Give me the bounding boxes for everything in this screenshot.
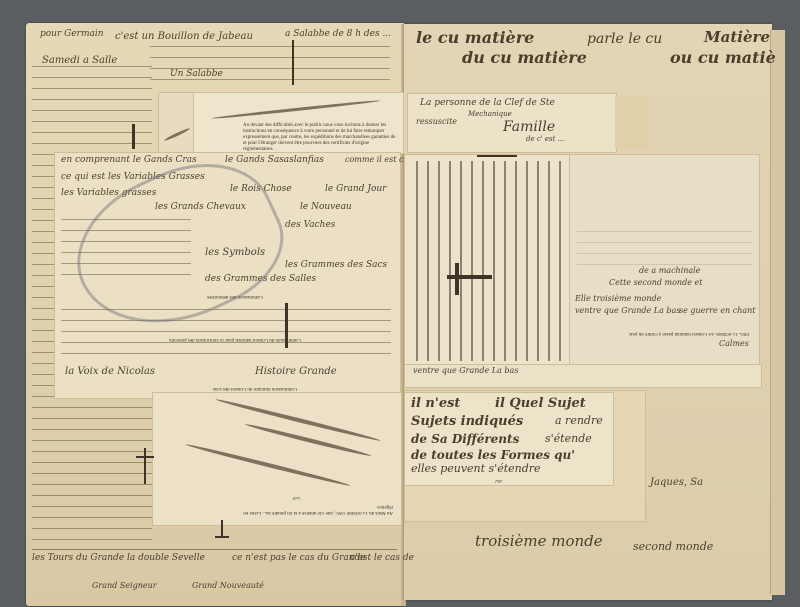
blank-clipping	[615, 97, 649, 149]
clip-line: se guerre en chant	[679, 307, 756, 315]
right-page-header: le cu matière parle le cu Matière du cu …	[412, 28, 767, 88]
clip-line: il n'est	[411, 397, 460, 410]
top-printed-clipping: Au devant des difficultés avec le public…	[190, 92, 404, 154]
annotation: Jaques, Sa	[650, 478, 703, 488]
calligraphy-line: des Vaches	[285, 221, 335, 230]
lower-flourish-clipping: 559 Au Mois du 15 octobre 1907, une 11e …	[152, 392, 402, 526]
clip-line: Elle troisième monde	[575, 295, 661, 303]
header-line: a Salabbe de 8 h des ...	[285, 30, 391, 39]
footer-word-second-monde: second monde	[633, 541, 713, 552]
cross-mark	[215, 536, 229, 538]
small-flourish-clipping	[158, 92, 194, 154]
strip-line: ventre que Grande La bas	[413, 367, 518, 375]
printed-caption: Au Mois du 15 octobre 1907, une 11e anne…	[243, 503, 393, 515]
printed-paragraph: Au devant des difficultés avec le public…	[243, 123, 398, 153]
page-number: 562	[495, 477, 503, 483]
clip-line: de c' est ...	[526, 136, 564, 143]
left-page-handwriting-top	[150, 40, 390, 85]
calligraphy-line: le Grand Jour	[325, 185, 386, 194]
header-line: du cu matière	[462, 50, 587, 66]
cross-mark	[455, 263, 459, 295]
vertical-bar-mark	[285, 303, 288, 348]
printed-heading: Commission militaire du Conseil des Lois	[145, 385, 365, 391]
header-line: parle le cu	[587, 32, 662, 46]
vertical-bar-mark	[292, 40, 294, 85]
bar-mark	[477, 155, 517, 157]
calligraphy-line: le Nouveau	[300, 203, 352, 212]
clip-line: il Quel Sujet	[495, 397, 586, 410]
flourish-stroke	[185, 442, 351, 487]
clip-line: de a machinale	[639, 267, 700, 275]
bottom-line: c'est le cas de	[350, 554, 414, 563]
clip-line: La personne de la Clef de Ste	[420, 99, 555, 108]
calligraphy-line: Histoire Grande	[255, 367, 337, 377]
flourish-stroke	[244, 422, 371, 457]
printed-strip-clipping: ventre que Grande La bas	[404, 364, 762, 388]
clip-line: a rendre	[555, 415, 603, 426]
lower-calligraphy-clipping: il n'est il Quel Sujet Sujets indiqués a…	[404, 392, 614, 486]
bottom-line: Grand Seigneur	[92, 582, 157, 590]
clip-line: de Sa Différents	[411, 433, 519, 445]
clip-line: de toutes les Formes qu'	[411, 449, 575, 461]
clip-line: Mechanique	[468, 111, 512, 118]
clip-line: Sujets indiqués	[411, 415, 523, 428]
faint-handwritten-clipping: de a machinale Cette second monde et Ell…	[568, 154, 760, 366]
clip-line: Calmes	[719, 340, 749, 348]
page-number: 559	[293, 494, 301, 500]
small-handwritten-clipping: La personne de la Clef de Ste Mechanique…	[407, 93, 617, 153]
vertical-bar-mark	[132, 124, 135, 149]
footer-word-troisieme-monde: troisième monde	[475, 534, 603, 549]
calligraphy-line: le Gands Sasaslanfias	[225, 156, 324, 165]
header-line: ou cu matiè	[670, 50, 776, 66]
page-stack-edge	[770, 30, 785, 595]
flourish-stroke	[211, 99, 380, 120]
faded-writing	[577, 225, 752, 265]
main-calligraphy-clipping: en comprenant le Gands Cras le Gands Sas…	[54, 152, 401, 399]
left-page-rule-lines	[32, 540, 397, 552]
clip-line: ressuscite	[416, 118, 457, 126]
printed-caption: Commission du Conseil national pour la v…	[115, 336, 355, 342]
bottom-line: les Tours du Grande	[32, 554, 124, 563]
clip-line: ventre que Grande La bas	[575, 307, 680, 315]
printed-caption: 1905. 15 octobre. Le Conseil national pa…	[575, 330, 750, 336]
clip-line: s'étende	[545, 433, 592, 444]
calligraphy-line: les Grammes des Sacs	[285, 261, 387, 270]
bottom-line: ce n'est pas le cas du Grande	[232, 554, 366, 563]
clip-line: elles peuvent s'étendre	[411, 463, 541, 474]
clip-line: Cette second monde et	[609, 279, 702, 287]
dense-calligraphy-clipping	[404, 154, 570, 368]
flourish-stroke	[164, 127, 191, 142]
calligraphy-line: en comprenant le Gands Cras	[61, 156, 197, 165]
vertical-calligraphy-lines	[411, 161, 563, 361]
calligraphy-line: la Voix de Nicolas	[65, 367, 155, 377]
bottom-line: la double Sevelle	[127, 554, 205, 563]
header-line: Matière	[704, 30, 770, 45]
cross-mark	[144, 448, 146, 484]
clip-line: Famille	[503, 120, 555, 134]
cross-mark	[447, 275, 492, 279]
header-line: pour Germain	[40, 30, 104, 39]
cross-mark	[136, 456, 154, 458]
header-line: le cu matière	[416, 30, 534, 46]
bottom-line: Grand Nouveauté	[192, 582, 264, 590]
left-page-bottom-text: les Tours du Grande la double Sevelle ce…	[32, 552, 397, 600]
